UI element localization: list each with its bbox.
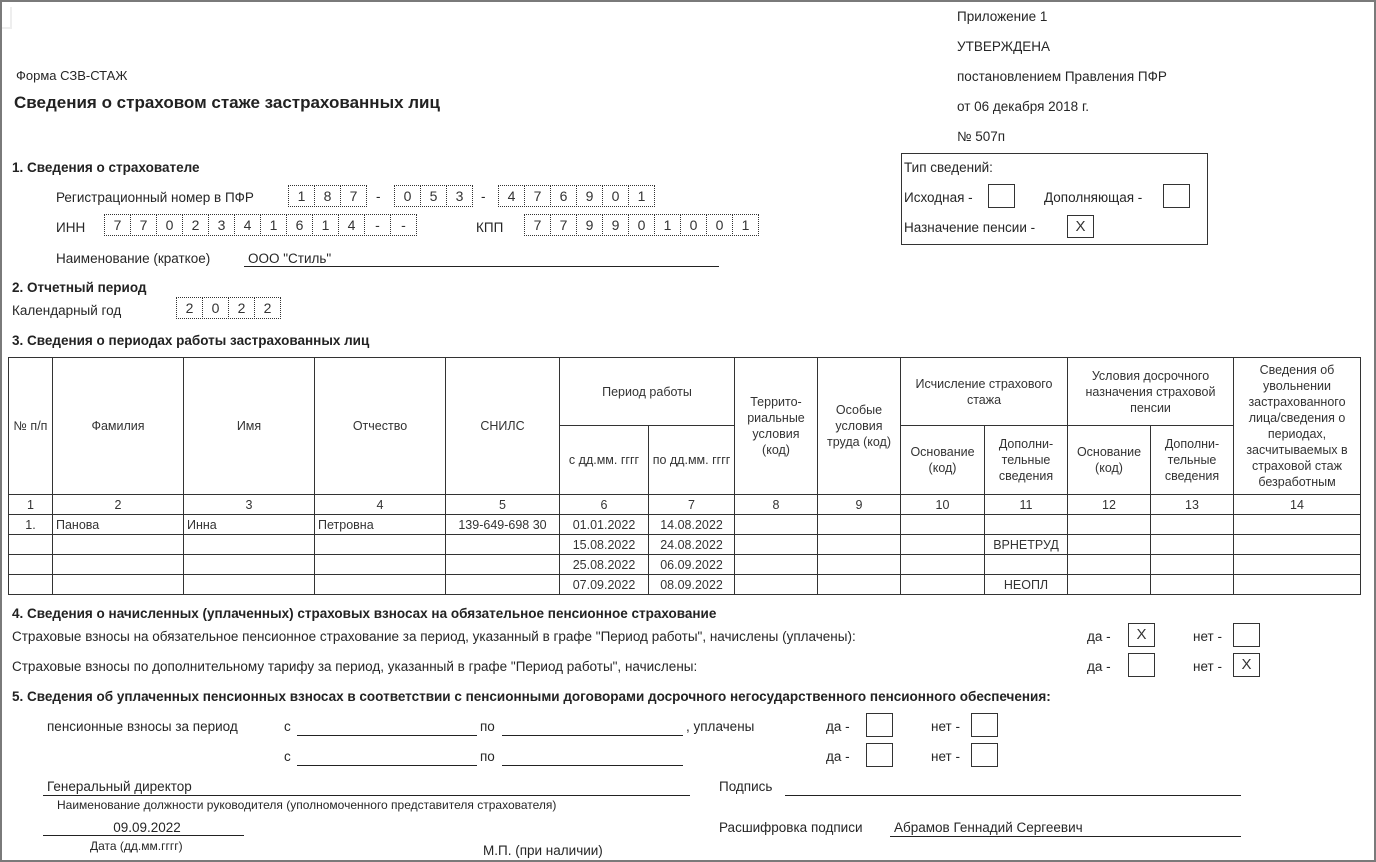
digit-cell[interactable]: 4 <box>338 214 365 236</box>
form-code: Форма СЗВ-СТАЖ <box>16 68 127 83</box>
table-cell[interactable] <box>1068 575 1151 595</box>
period1-no-label: нет - <box>931 719 960 734</box>
period1-from-label: с <box>284 719 291 734</box>
period1-no-checkbox[interactable] <box>971 713 998 737</box>
position-underline <box>43 795 690 796</box>
digit-cell[interactable]: 7 <box>104 214 131 236</box>
table-cell[interactable] <box>1151 575 1234 595</box>
line1-yes-label: да - <box>1087 629 1111 644</box>
signature-label: Подпись <box>719 779 772 794</box>
signature-field[interactable] <box>785 795 1241 796</box>
date-underline <box>43 835 244 836</box>
digit-cell[interactable]: 8 <box>314 185 341 207</box>
period2-from-label: с <box>284 749 291 764</box>
digit-cell[interactable]: 3 <box>208 214 235 236</box>
decode-underline <box>890 836 1241 837</box>
column-number: 2 <box>53 495 184 515</box>
header-early-basis: Основание (код) <box>1068 426 1151 495</box>
table-cell[interactable] <box>1234 555 1361 575</box>
table-cell[interactable] <box>985 555 1068 575</box>
table-cell[interactable] <box>1234 535 1361 555</box>
digit-cell[interactable]: 9 <box>602 214 629 236</box>
table-cell[interactable]: 24.08.2022 <box>649 535 735 555</box>
digit-cell[interactable]: 0 <box>628 214 655 236</box>
header-period-to: по дд.мм. гггг <box>649 426 735 495</box>
line2-yes-checkbox[interactable] <box>1128 653 1155 677</box>
column-number: 4 <box>315 495 446 515</box>
table-row: 15.08.202224.08.2022ВРНЕТРУД <box>9 535 1361 555</box>
period2-yes-checkbox[interactable] <box>866 743 893 767</box>
page-corner-mark <box>2 7 12 29</box>
table-cell[interactable] <box>1151 515 1234 535</box>
digit-cell[interactable]: 6 <box>286 214 313 236</box>
table-cell[interactable]: Инна <box>184 515 315 535</box>
work-periods-table: № п/п Фамилия Имя Отчество СНИЛС Период … <box>8 357 1361 595</box>
approval-line: от 06 декабря 2018 г. <box>957 99 1089 114</box>
table-row: 25.08.202206.09.2022 <box>9 555 1361 575</box>
column-number: 7 <box>649 495 735 515</box>
table-cell[interactable]: 1. <box>9 515 53 535</box>
line1-no-label: нет - <box>1193 629 1222 644</box>
digit-cell[interactable]: 6 <box>550 185 577 207</box>
header-num: № п/п <box>9 358 53 495</box>
info-type-label: Тип сведений: <box>904 160 993 175</box>
digit-cell[interactable]: 7 <box>340 185 367 207</box>
table-cell[interactable]: Петровна <box>315 515 446 535</box>
reg-sep-1: - <box>376 189 381 204</box>
digit-cell[interactable]: 1 <box>312 214 339 236</box>
table-cell[interactable] <box>53 535 184 555</box>
section2-title: 2. Отчетный период <box>12 280 146 295</box>
table-cell[interactable]: 01.01.2022 <box>560 515 649 535</box>
table-cell[interactable] <box>184 575 315 595</box>
header-territorial: Террито-риальные условия (код) <box>735 358 818 495</box>
table-cell[interactable] <box>53 555 184 575</box>
period1-to-field[interactable] <box>502 735 683 736</box>
table-cell[interactable]: 14.08.2022 <box>649 515 735 535</box>
column-number: 11 <box>985 495 1068 515</box>
line2-no-label: нет - <box>1193 659 1222 674</box>
digit-cell[interactable]: 1 <box>732 214 759 236</box>
header-calc-extra: Дополни-тельные сведения <box>985 426 1068 495</box>
column-number: 14 <box>1234 495 1361 515</box>
column-number: 6 <box>560 495 649 515</box>
header-surname: Фамилия <box>53 358 184 495</box>
header-dismissal: Сведения об увольнении застрахованного л… <box>1234 358 1361 495</box>
digit-cell[interactable]: 4 <box>234 214 261 236</box>
column-number: 5 <box>446 495 560 515</box>
header-calc-basis: Основание (код) <box>901 426 985 495</box>
table-cell[interactable] <box>901 515 985 535</box>
digit-cell[interactable]: 0 <box>706 214 733 236</box>
table-cell[interactable]: 06.09.2022 <box>649 555 735 575</box>
digit-cell[interactable]: 0 <box>394 185 421 207</box>
table-cell[interactable] <box>901 575 985 595</box>
table-cell[interactable] <box>315 575 446 595</box>
table-cell[interactable]: 15.08.2022 <box>560 535 649 555</box>
period2-from-field[interactable] <box>297 765 477 766</box>
line1-no-checkbox[interactable] <box>1233 623 1260 647</box>
approval-line: УТВЕРЖДЕНА <box>957 39 1050 54</box>
inn-label: ИНН <box>56 220 85 235</box>
table-cell[interactable] <box>9 555 53 575</box>
approval-line: Приложение 1 <box>957 9 1047 24</box>
header-snils: СНИЛС <box>446 358 560 495</box>
section3-title: 3. Сведения о периодах работы застрахова… <box>12 333 369 348</box>
paid-label: , уплачены <box>686 719 754 734</box>
table-cell[interactable] <box>9 535 53 555</box>
table-cell[interactable] <box>818 535 901 555</box>
original-label: Исходная - <box>904 190 973 205</box>
table-cell[interactable] <box>818 555 901 575</box>
original-checkbox[interactable] <box>988 184 1015 208</box>
digit-cell[interactable]: - <box>390 214 417 236</box>
digit-cell[interactable]: 5 <box>420 185 447 207</box>
header-early-extra: Дополни-тельные сведения <box>1151 426 1234 495</box>
stamp-label: М.П. (при наличии) <box>483 843 603 858</box>
column-number: 10 <box>901 495 985 515</box>
table-row: 07.09.202208.09.2022НЕОПЛ <box>9 575 1361 595</box>
date-caption: Дата (дд.мм.гггг) <box>90 839 183 853</box>
table-cell[interactable] <box>901 555 985 575</box>
kpp-label: КПП <box>476 220 503 235</box>
column-number: 1 <box>9 495 53 515</box>
table-row: 1.ПановаИннаПетровна139-649-698 3001.01.… <box>9 515 1361 535</box>
table-cell[interactable]: 25.08.2022 <box>560 555 649 575</box>
period1-to-label: по <box>480 719 495 734</box>
org-name-underline <box>244 266 719 267</box>
header-special: Особые условия труда (код) <box>818 358 901 495</box>
header-early: Условия досрочного назначения страховой … <box>1068 358 1234 426</box>
period2-to-label: по <box>480 749 495 764</box>
header-patronymic: Отчество <box>315 358 446 495</box>
org-name-value[interactable]: ООО "Стиль" <box>248 251 331 266</box>
table-cell[interactable] <box>901 535 985 555</box>
digit-cell[interactable]: 1 <box>288 185 315 207</box>
digit-cell[interactable]: 9 <box>576 185 603 207</box>
table-cell[interactable] <box>446 575 560 595</box>
table-cell[interactable] <box>446 555 560 575</box>
digit-cell[interactable]: 3 <box>446 185 473 207</box>
digit-cell[interactable]: 2 <box>228 297 255 319</box>
pension-checkbox[interactable]: X <box>1067 215 1094 238</box>
table-cell[interactable]: 07.09.2022 <box>560 575 649 595</box>
decode-value[interactable]: Абрамов Геннадий Сергеевич <box>894 820 1083 835</box>
table-cell[interactable] <box>9 575 53 595</box>
table-cell[interactable]: НЕОПЛ <box>985 575 1068 595</box>
digit-cell[interactable]: 0 <box>202 297 229 319</box>
digit-cell[interactable]: 1 <box>628 185 655 207</box>
digit-cell[interactable]: 2 <box>176 297 203 319</box>
table-cell[interactable] <box>1068 515 1151 535</box>
header-period: Период работы <box>560 358 735 426</box>
supplementary-label: Дополняющая - <box>1044 190 1142 205</box>
period1-yes-checkbox[interactable] <box>866 713 893 737</box>
table-cell[interactable] <box>1234 575 1361 595</box>
approval-line: № 507п <box>957 129 1005 144</box>
line2-no-checkbox[interactable]: X <box>1233 653 1260 677</box>
table-cell[interactable] <box>1151 555 1234 575</box>
digit-cell[interactable]: 7 <box>524 185 551 207</box>
table-cell[interactable] <box>315 555 446 575</box>
header-name: Имя <box>184 358 315 495</box>
org-name-label: Наименование (краткое) <box>56 251 210 266</box>
digit-cell[interactable]: 0 <box>156 214 183 236</box>
section4-title: 4. Сведения о начисленных (уплаченных) с… <box>12 606 716 621</box>
table-cell[interactable]: ВРНЕТРУД <box>985 535 1068 555</box>
period1-from-field[interactable] <box>297 735 477 736</box>
digit-cell[interactable]: 0 <box>602 185 629 207</box>
decode-label: Расшифровка подписи <box>719 820 862 835</box>
pension-period-label: пенсионные взносы за период <box>47 719 238 734</box>
line1-yes-checkbox[interactable]: X <box>1128 623 1155 647</box>
column-number: 3 <box>184 495 315 515</box>
table-cell[interactable] <box>53 575 184 595</box>
digit-cell[interactable]: 2 <box>182 214 209 236</box>
table-cell[interactable]: Панова <box>53 515 184 535</box>
period2-yes-label: да - <box>826 749 850 764</box>
digit-cell[interactable]: 7 <box>550 214 577 236</box>
digit-cell[interactable]: 4 <box>498 185 525 207</box>
table-cell[interactable] <box>184 555 315 575</box>
digit-cell[interactable]: 1 <box>260 214 287 236</box>
digit-cell[interactable]: 9 <box>576 214 603 236</box>
position-caption: Наименование должности руководителя (упо… <box>57 798 556 812</box>
column-number: 13 <box>1151 495 1234 515</box>
table-cell[interactable] <box>735 575 818 595</box>
digit-cell[interactable]: 1 <box>654 214 681 236</box>
period2-no-checkbox[interactable] <box>971 743 998 767</box>
table-cell[interactable] <box>818 575 901 595</box>
table-cell[interactable] <box>1151 535 1234 555</box>
table-cell[interactable] <box>1068 555 1151 575</box>
digit-cell[interactable]: 2 <box>254 297 281 319</box>
date-value[interactable]: 09.09.2022 <box>107 820 187 835</box>
table-cell[interactable]: 08.09.2022 <box>649 575 735 595</box>
column-number: 9 <box>818 495 901 515</box>
table-cell[interactable] <box>735 515 818 535</box>
contributions-line1: Страховые взносы на обязательное пенсион… <box>12 629 856 644</box>
header-period-from: с дд.мм. гггг <box>560 426 649 495</box>
column-number: 8 <box>735 495 818 515</box>
year-label: Календарный год <box>12 303 121 318</box>
table-cell[interactable] <box>446 535 560 555</box>
section5-title: 5. Сведения об уплаченных пенсионных взн… <box>12 689 1051 704</box>
table-cell[interactable] <box>735 555 818 575</box>
pension-label: Назначение пенсии - <box>904 220 1035 235</box>
column-number: 12 <box>1068 495 1151 515</box>
digit-cell[interactable]: 7 <box>130 214 157 236</box>
table-cell[interactable] <box>184 535 315 555</box>
period1-yes-label: да - <box>826 719 850 734</box>
line2-yes-label: да - <box>1087 659 1111 674</box>
position-value[interactable]: Генеральный директор <box>47 779 192 794</box>
table-cell[interactable]: 139-649-698 30 <box>446 515 560 535</box>
table-cell[interactable] <box>735 535 818 555</box>
table-cell[interactable] <box>1234 515 1361 535</box>
contributions-line2: Страховые взносы по дополнительному тари… <box>12 659 697 674</box>
table-cell[interactable] <box>985 515 1068 535</box>
reg-number-label: Регистрационный номер в ПФР <box>56 190 254 205</box>
digit-cell[interactable]: 0 <box>680 214 707 236</box>
table-cell[interactable] <box>1068 535 1151 555</box>
page-title: Сведения о страховом стаже застрахованны… <box>14 93 440 113</box>
digit-cell[interactable]: - <box>364 214 391 236</box>
header-calc: Исчисление страхового стажа <box>901 358 1068 426</box>
table-cell[interactable] <box>818 515 901 535</box>
table-cell[interactable] <box>315 535 446 555</box>
digit-cell[interactable]: 7 <box>524 214 551 236</box>
section1-title: 1. Сведения о страхователе <box>12 160 200 175</box>
period2-no-label: нет - <box>931 749 960 764</box>
period2-to-field[interactable] <box>502 765 683 766</box>
supplementary-checkbox[interactable] <box>1163 184 1190 208</box>
reg-sep-2: - <box>481 189 486 204</box>
approval-line: постановлением Правления ПФР <box>957 69 1167 84</box>
column-numbers-row: 1234567891011121314 <box>9 495 1361 515</box>
